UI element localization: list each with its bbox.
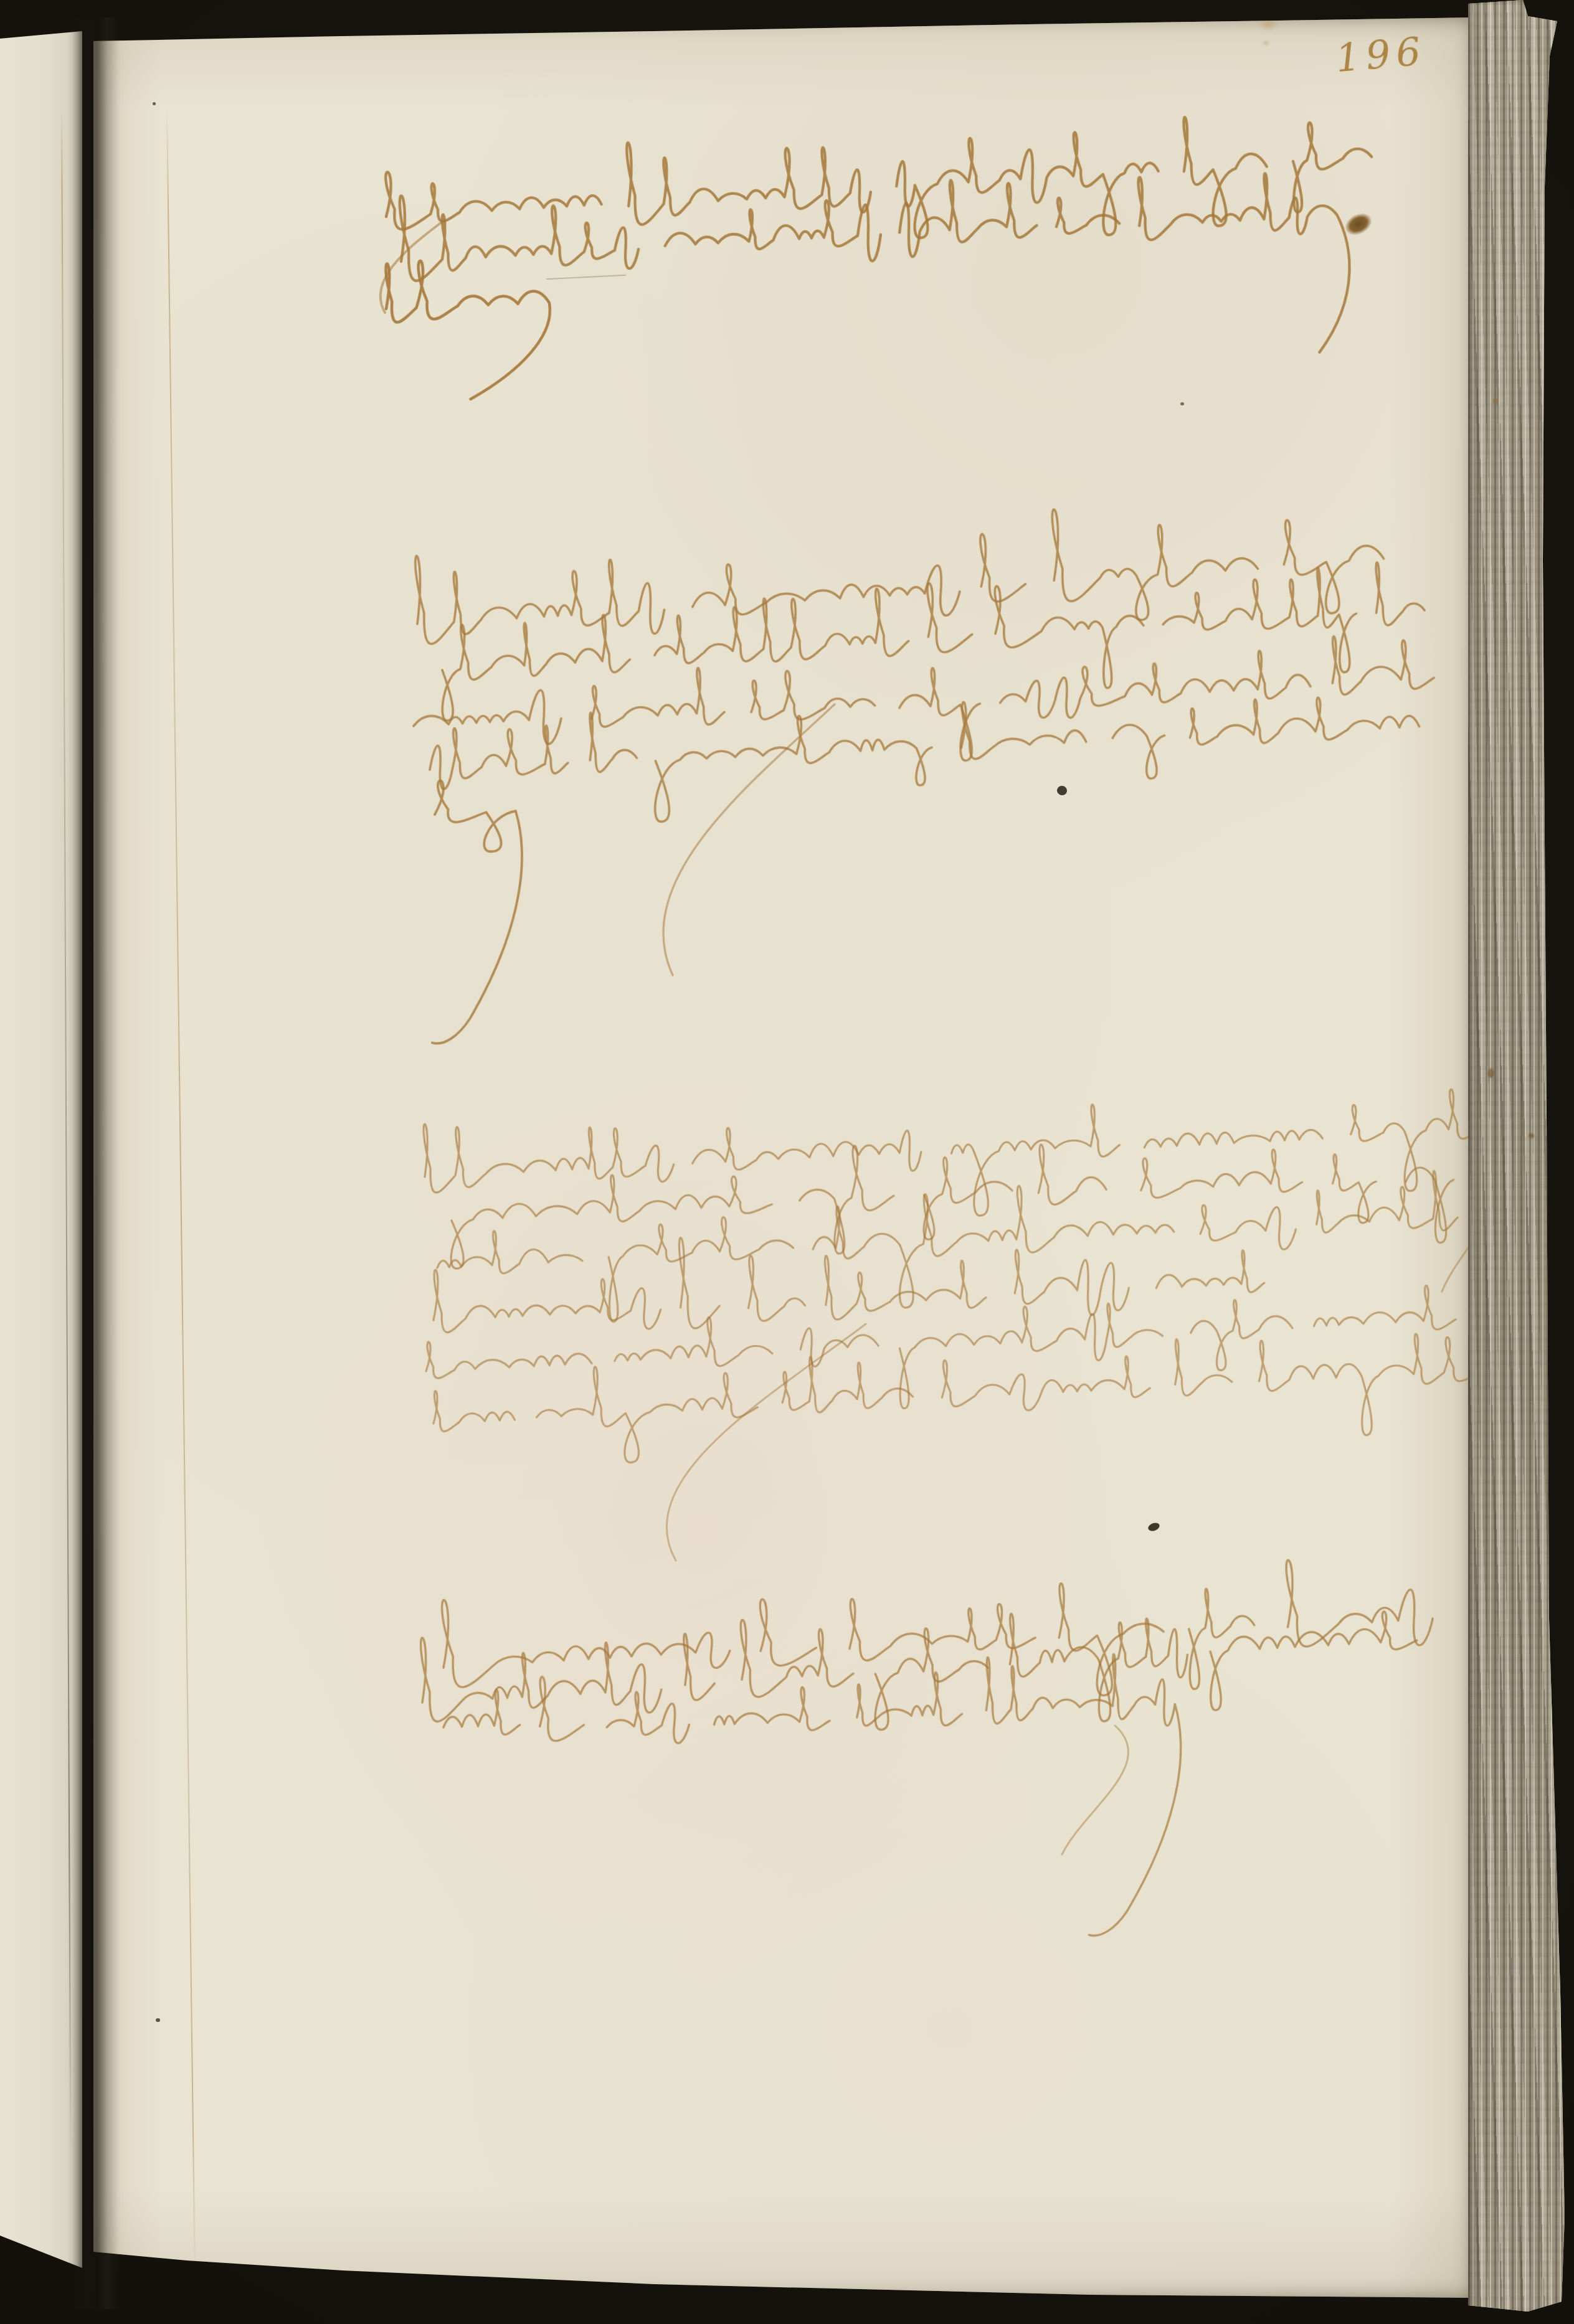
stain-spot	[1262, 40, 1270, 46]
ink-speck	[156, 2018, 160, 2022]
manuscript-page: 196	[93, 16, 1473, 2303]
ink-speck	[153, 102, 156, 105]
handwriting-line	[315, 1594, 1307, 1975]
handwriting-line	[306, 700, 651, 1063]
handwriting-line	[258, 192, 683, 556]
fore-edge-spot	[1493, 399, 1498, 404]
stain-spot	[1257, 17, 1279, 31]
facing-page-edge	[0, 31, 82, 2273]
fore-edge-page-stack	[1468, 0, 1574, 2324]
fore-edge-spot	[1487, 1069, 1494, 1078]
ink-speck	[1180, 402, 1184, 405]
facing-page-crease	[61, 106, 71, 2161]
book-photo-background: 196	[0, 0, 1574, 2324]
fore-edge-spot	[1529, 1133, 1534, 1138]
handwriting-layer	[93, 16, 1473, 2303]
